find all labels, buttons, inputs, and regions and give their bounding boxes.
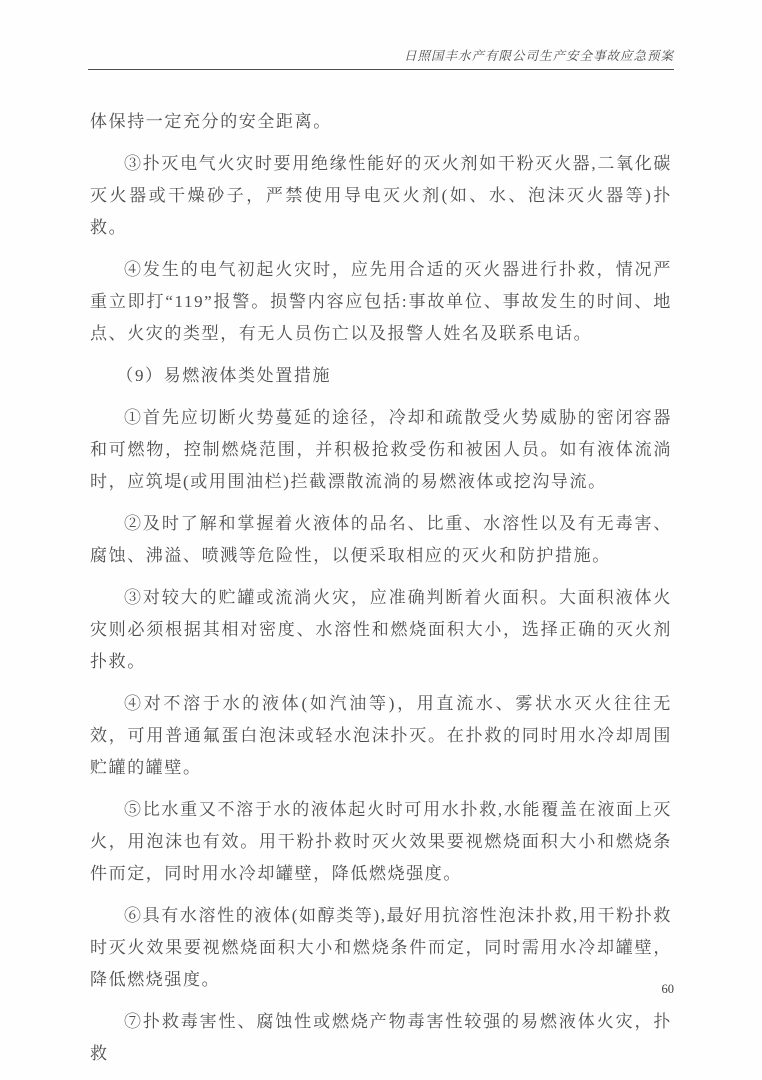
paragraph-liquid-6: ⑥具有水溶性的液体(如醇类等),最好用抗溶性泡沫扑救,用干粉扑救时灭火效果要视燃… (90, 900, 672, 996)
paragraph-electric-3: ③扑灭电气火灾时要用绝缘性能好的灭火剂如干粉灭火器,二氧化碳灭火器或干燥砂子，严… (90, 148, 672, 244)
paragraph-liquid-1: ①首先应切断火势蔓延的途径，冷却和疏散受火势威胁的密闭容器和可燃物，控制燃烧范围… (90, 402, 672, 498)
paragraph-liquid-3: ③对较大的贮罐或流淌火灾，应准确判断着火面积。大面积液体火灾则必须根据其相对密度… (90, 582, 672, 678)
paragraph-liquid-7: ⑦扑救毒害性、腐蚀性或燃烧产物毒害性较强的易燃液体火灾，扑救 (90, 1006, 672, 1070)
paragraph-electric-4: ④发生的电气初起火灾时，应先用合适的灭火器进行扑救，情况严重立即打“119”报警… (90, 254, 672, 350)
page-header: 日照国丰水产有限公司生产安全事故应急预案 (88, 46, 674, 70)
section-heading: （9）易燃液体类处置措施 (90, 360, 672, 392)
document-page: 日照国丰水产有限公司生产安全事故应急预案 体保持一定充分的安全距离。 ③扑灭电气… (0, 0, 762, 1080)
header-title: 日照国丰水产有限公司生产安全事故应急预案 (88, 46, 674, 64)
document-body: 体保持一定充分的安全距离。 ③扑灭电气火灾时要用绝缘性能好的灭火剂如干粉灭火器,… (90, 106, 672, 1080)
paragraph-liquid-2: ②及时了解和掌握着火液体的品名、比重、水溶性以及有无毒害、腐蚀、沸溢、喷溅等危险… (90, 508, 672, 572)
paragraph-continuation: 体保持一定充分的安全距离。 (90, 106, 672, 138)
paragraph-liquid-4: ④对不溶于水的液体(如汽油等)，用直流水、雾状水灭火往往无效，可用普通氟蛋白泡沫… (90, 688, 672, 784)
page-number: 60 (662, 982, 675, 997)
paragraph-liquid-5: ⑤比水重又不溶于水的液体起火时可用水扑救,水能覆盖在液面上灭火，用泡沫也有效。用… (90, 794, 672, 890)
